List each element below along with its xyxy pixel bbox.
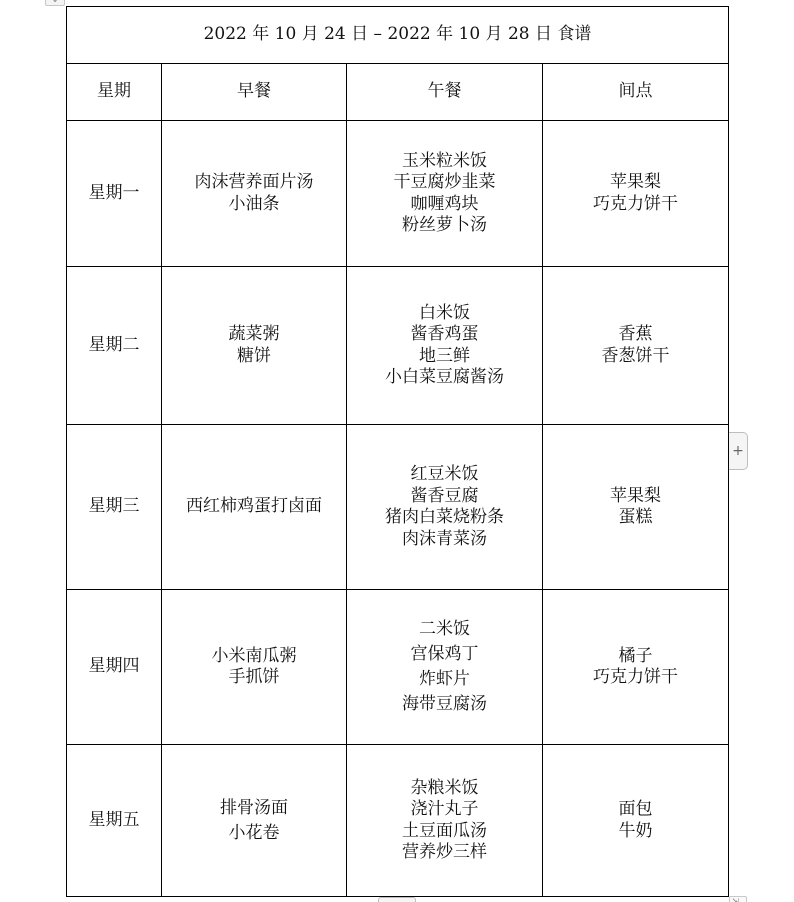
- table-row: 星期四 小米南瓜粥 手抓饼 二米饭 宫保鸡丁 炸虾片 海带豆腐汤 橘子 巧克力饼…: [67, 590, 729, 745]
- breakfast-cell[interactable]: 排骨汤面 小花卷: [162, 745, 347, 897]
- header-breakfast[interactable]: 早餐: [162, 64, 347, 121]
- snack-cell[interactable]: 香蕉 香葱饼干: [543, 267, 729, 425]
- menu-item: 巧克力饼干: [543, 194, 728, 216]
- weekday-cell[interactable]: 星期二: [67, 267, 162, 425]
- weekday-cell[interactable]: 星期四: [67, 590, 162, 745]
- table-row: 星期三 西红柿鸡蛋打卤面 红豆米饭 酱香豆腐 猪肉白菜烧粉条 肉沫青菜汤 苹果梨…: [67, 425, 729, 590]
- menu-item: 浇汁丸子: [347, 799, 542, 821]
- header-weekday[interactable]: 星期: [67, 64, 162, 121]
- weekday-cell[interactable]: 星期一: [67, 121, 162, 267]
- menu-item: 苹果梨: [543, 172, 728, 194]
- menu-item: 手抓饼: [162, 667, 346, 689]
- header-snack[interactable]: 间点: [543, 64, 729, 121]
- weekday-cell[interactable]: 星期三: [67, 425, 162, 590]
- menu-item: 炸虾片: [347, 667, 542, 692]
- table-move-handle[interactable]: ✥: [45, 0, 65, 6]
- menu-item: 西红柿鸡蛋打卤面: [162, 496, 346, 518]
- menu-item: 杂粮米饭: [347, 778, 542, 800]
- weekday-cell[interactable]: 星期五: [67, 745, 162, 897]
- plus-icon: +: [732, 443, 744, 459]
- menu-item: 猪肉白菜烧粉条: [347, 507, 542, 529]
- snack-cell[interactable]: 面包 牛奶: [543, 745, 729, 897]
- menu-item: 牛奶: [543, 821, 728, 843]
- menu-item: 咖喱鸡块: [347, 194, 542, 216]
- menu-item: 香葱饼干: [543, 346, 728, 368]
- breakfast-cell[interactable]: 蔬菜粥 糖饼: [162, 267, 347, 425]
- add-column-button[interactable]: +: [729, 432, 748, 470]
- menu-item: 蛋糕: [543, 507, 728, 529]
- menu-item: 小白菜豆腐酱汤: [347, 367, 542, 389]
- menu-item: 排骨汤面: [162, 796, 346, 821]
- lunch-cell[interactable]: 二米饭 宫保鸡丁 炸虾片 海带豆腐汤: [347, 590, 543, 745]
- menu-table: 2022 年 10 月 24 日 – 2022 年 10 月 28 日 食谱 星…: [66, 6, 729, 897]
- menu-item: 蔬菜粥: [162, 324, 346, 346]
- menu-item: 玉米粒米饭: [347, 151, 542, 173]
- add-row-button[interactable]: [378, 897, 416, 902]
- menu-item: 营养炒三样: [347, 842, 542, 864]
- menu-item: 面包: [543, 799, 728, 821]
- menu-item: 小花卷: [162, 821, 346, 846]
- breakfast-cell[interactable]: 小米南瓜粥 手抓饼: [162, 590, 347, 745]
- menu-item: 苹果梨: [543, 486, 728, 508]
- header-row: 星期 早餐 午餐 间点: [67, 64, 729, 121]
- menu-item: 白米饭: [347, 303, 542, 325]
- table-row: 星期二 蔬菜粥 糖饼 白米饭 酱香鸡蛋 地三鲜 小白菜豆腐酱汤 香蕉 香葱饼干: [67, 267, 729, 425]
- snack-cell[interactable]: 苹果梨 蛋糕: [543, 425, 729, 590]
- lunch-cell[interactable]: 白米饭 酱香鸡蛋 地三鲜 小白菜豆腐酱汤: [347, 267, 543, 425]
- menu-item: 海带豆腐汤: [347, 692, 542, 717]
- breakfast-cell[interactable]: 西红柿鸡蛋打卤面: [162, 425, 347, 590]
- menu-item: 小油条: [162, 194, 346, 216]
- table-title[interactable]: 2022 年 10 月 24 日 – 2022 年 10 月 28 日 食谱: [67, 7, 729, 64]
- header-lunch[interactable]: 午餐: [347, 64, 543, 121]
- menu-item: 地三鲜: [347, 346, 542, 368]
- menu-item: 橘子: [543, 646, 728, 668]
- table-row: 星期五 排骨汤面 小花卷 杂粮米饭 浇汁丸子 土豆面瓜汤 营养炒三样 面包 牛奶: [67, 745, 729, 897]
- breakfast-cell[interactable]: 肉沫营养面片汤 小油条: [162, 121, 347, 267]
- snack-cell[interactable]: 苹果梨 巧克力饼干: [543, 121, 729, 267]
- menu-item: 肉沫青菜汤: [347, 529, 542, 551]
- lunch-cell[interactable]: 杂粮米饭 浇汁丸子 土豆面瓜汤 营养炒三样: [347, 745, 543, 897]
- menu-item: 酱香豆腐: [347, 486, 542, 508]
- menu-item: 粉丝萝卜汤: [347, 215, 542, 237]
- menu-item: 酱香鸡蛋: [347, 324, 542, 346]
- lunch-cell[interactable]: 玉米粒米饭 干豆腐炒韭菜 咖喱鸡块 粉丝萝卜汤: [347, 121, 543, 267]
- menu-item: 香蕉: [543, 324, 728, 346]
- menu-item: 糖饼: [162, 346, 346, 368]
- menu-item: 干豆腐炒韭菜: [347, 172, 542, 194]
- menu-item: 宫保鸡丁: [347, 642, 542, 667]
- menu-item: 小米南瓜粥: [162, 646, 346, 668]
- menu-item: 巧克力饼干: [543, 667, 728, 689]
- move-icon: ✥: [52, 0, 58, 4]
- menu-item: 二米饭: [347, 617, 542, 642]
- table-resize-handle[interactable]: ⇲: [729, 896, 747, 902]
- resize-icon: ⇲: [732, 897, 739, 902]
- menu-item: 红豆米饭: [347, 464, 542, 486]
- table-row: 星期一 肉沫营养面片汤 小油条 玉米粒米饭 干豆腐炒韭菜 咖喱鸡块 粉丝萝卜汤 …: [67, 121, 729, 267]
- snack-cell[interactable]: 橘子 巧克力饼干: [543, 590, 729, 745]
- lunch-cell[interactable]: 红豆米饭 酱香豆腐 猪肉白菜烧粉条 肉沫青菜汤: [347, 425, 543, 590]
- menu-item: 土豆面瓜汤: [347, 821, 542, 843]
- menu-item: 肉沫营养面片汤: [162, 172, 346, 194]
